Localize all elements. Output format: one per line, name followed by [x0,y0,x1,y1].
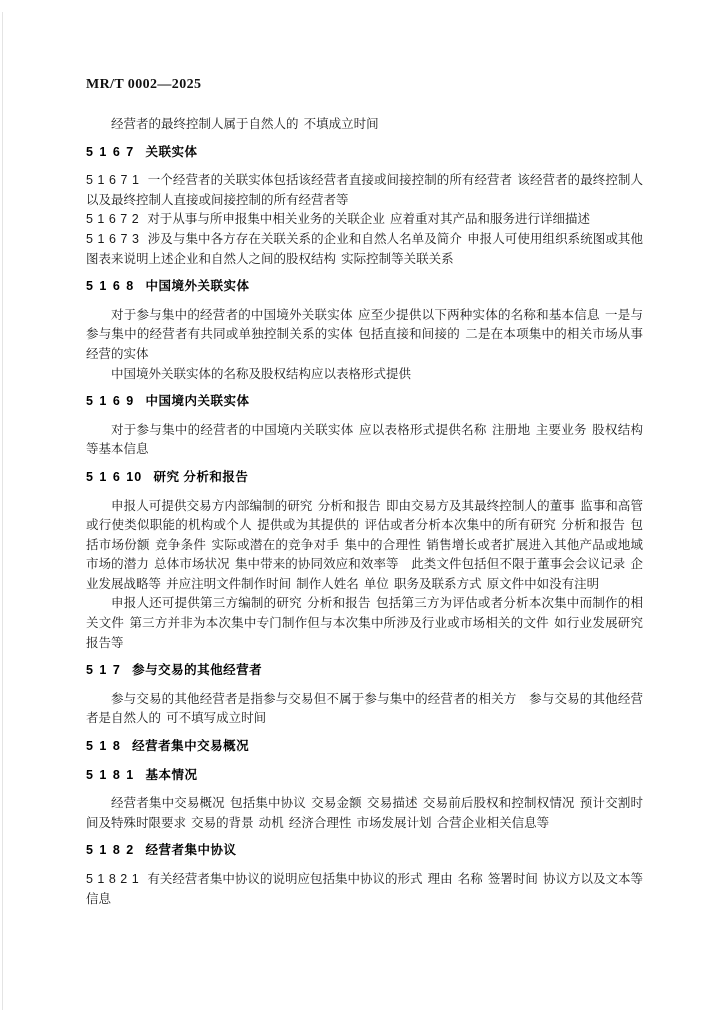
clause-paragraph: 5 1 8 2 1有关经营者集中协议的说明应包括集中协议的形式 理由 名称 签署… [86,870,643,909]
paragraph: 中国境外关联实体的名称及股权结构应以表格形式提供 [86,365,643,385]
paragraph-text: 中国境外关联实体的名称及股权结构应以表格形式提供 [111,367,411,381]
paragraph-text: 经营者集中交易概况 包括集中协议 交易金额 交易描述 交易前后股权和控制权情况 … [86,796,643,830]
heading-title: 中国境外关联实体 [145,279,249,293]
section-heading: 5 1 6 9中国境内关联实体 [86,392,643,412]
heading-number: 5 1 8 [86,739,121,753]
page-content: MR/T 0002—2025 经营者的最终控制人属于自然人的 不填成立时间 5 … [86,76,643,909]
paragraph: 经营者集中交易概况 包括集中协议 交易金额 交易描述 交易前后股权和控制权情况 … [86,794,643,833]
paragraph: 申报人可提供交易方内部编制的研究 分析和报告 即由交易方及其最终控制人的董事 监… [86,497,643,595]
heading-title: 关联实体 [145,145,197,159]
paragraph: 申报人还可提供第三方编制的研究 分析和报告 包括第三方为评估或者分析本次集中而制… [86,594,643,653]
section-heading: 5 1 8 1基本情况 [86,766,643,786]
clause-text: 有关经营者集中协议的说明应包括集中协议的形式 理由 名称 签署时间 协议方以及文… [86,872,643,906]
heading-number: 5 1 6 7 [86,145,134,159]
heading-number: 5 1 6 10 [86,470,142,484]
heading-title: 中国境内关联实体 [145,394,249,408]
clause-text: 对于从事与所申报集中相关业务的关联企业 应着重对其产品和服务进行详细描述 [147,212,590,226]
heading-title: 经营者集中协议 [145,843,236,857]
section-heading: 5 1 6 8中国境外关联实体 [86,277,643,297]
paragraph-text: 对于参与集中的经营者的中国境外关联实体 应至少提供以下两种实体的名称和基本信息 … [86,308,643,361]
section-heading: 5 1 8经营者集中交易概况 [86,737,643,757]
running-header: MR/T 0002—2025 [86,76,643,94]
section-heading: 5 1 7参与交易的其他经营者 [86,661,643,681]
clause-number: 5 1 6 7 1 [86,173,139,187]
clause-number: 5 1 6 7 2 [86,212,139,226]
clause-number: 5 1 8 2 1 [86,872,139,886]
section-heading: 5 1 6 10研究 分析和报告 [86,468,643,488]
paragraph-text: 参与交易的其他经营者是指参与交易但不属于参与集中的经营者的相关方 参与交易的其他… [86,692,643,726]
paragraph: 经营者的最终控制人属于自然人的 不填成立时间 [86,115,643,135]
clause-text: 涉及与集中各方存在关联关系的企业和自然人名单及简介 申报人可使用组织系统图或其他… [86,232,643,266]
heading-number: 5 1 8 2 [86,843,134,857]
clause-text: 一个经营者的关联实体包括该经营者直接或间接控制的所有经营者 该经营者的最终控制人… [86,173,643,207]
clause-paragraph: 5 1 6 7 1一个经营者的关联实体包括该经营者直接或间接控制的所有经营者 该… [86,171,643,210]
section-heading: 5 1 8 2经营者集中协议 [86,841,643,861]
clause-paragraph: 5 1 6 7 3涉及与集中各方存在关联关系的企业和自然人名单及简介 申报人可使… [86,230,643,269]
paragraph: 对于参与集中的经营者的中国境外关联实体 应至少提供以下两种实体的名称和基本信息 … [86,306,643,365]
heading-title: 经营者集中交易概况 [132,739,249,753]
paragraph-text: 申报人还可提供第三方编制的研究 分析和报告 包括第三方为评估或者分析本次集中而制… [86,596,643,649]
section-heading: 5 1 6 7关联实体 [86,143,643,163]
heading-number: 5 1 6 9 [86,394,134,408]
clause-paragraph: 5 1 6 7 2对于从事与所申报集中相关业务的关联企业 应着重对其产品和服务进… [86,210,643,230]
paragraph-text: 申报人可提供交易方内部编制的研究 分析和报告 即由交易方及其最终控制人的董事 监… [86,499,643,591]
document-page: MR/T 0002—2025 经营者的最终控制人属于自然人的 不填成立时间 5 … [0,0,714,1010]
heading-number: 5 1 6 8 [86,279,134,293]
clause-number: 5 1 6 7 3 [86,232,139,246]
heading-title: 基本情况 [145,768,197,782]
paragraph: 参与交易的其他经营者是指参与交易但不属于参与集中的经营者的相关方 参与交易的其他… [86,690,643,729]
paragraph: 对于参与集中的经营者的中国境内关联实体 应以表格形式提供名称 注册地 主要业务 … [86,421,643,460]
paragraph-text: 对于参与集中的经营者的中国境内关联实体 应以表格形式提供名称 注册地 主要业务 … [86,423,643,457]
heading-number: 5 1 7 [86,663,121,677]
heading-title: 研究 分析和报告 [153,470,248,484]
page-edge-line [2,12,3,1010]
paragraph-text: 经营者的最终控制人属于自然人的 不填成立时间 [111,117,379,131]
heading-number: 5 1 8 1 [86,768,134,782]
heading-title: 参与交易的其他经营者 [132,663,262,677]
